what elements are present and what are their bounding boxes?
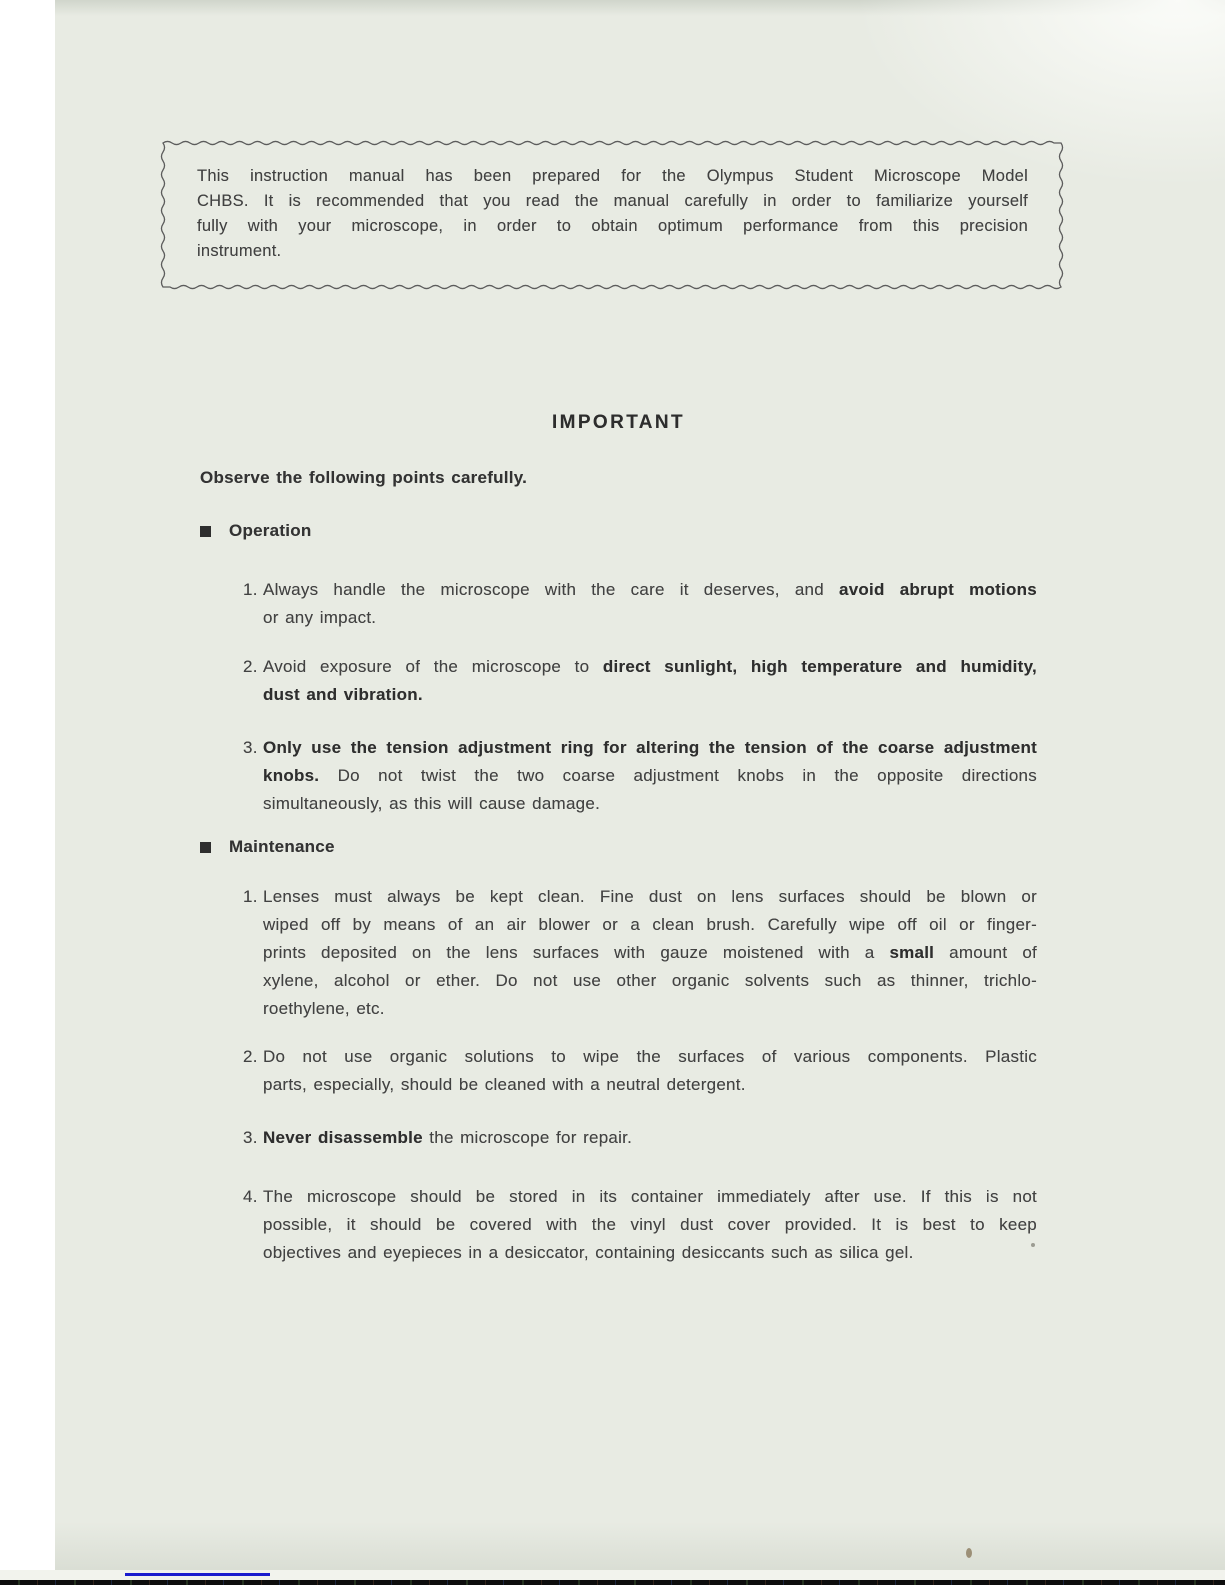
text-segment: CHBS. It is recommended that you read th… — [197, 192, 1028, 210]
text-segment: direct sunlight, high temperature and hu… — [603, 657, 1037, 676]
text-segment: knobs. — [263, 766, 319, 785]
text-line: The microscope should be stored in its c… — [263, 1183, 1037, 1211]
text-line: or any impact. — [263, 604, 1037, 632]
scan-edge-bar — [0, 1580, 1225, 1585]
paper-background: This instruction manual has been prepare… — [55, 0, 1225, 1570]
item-number: 2. — [243, 1043, 263, 1099]
text-line: Lenses must always be kept clean. Fine d… — [263, 883, 1037, 911]
item-number: 3. — [243, 1124, 263, 1152]
text-segment: fully with your microscope, in order to … — [197, 217, 1028, 235]
square-bullet-icon — [200, 842, 211, 853]
text-line: knobs. Do not twist the two coarse adjus… — [263, 762, 1037, 790]
text-segment: dust and vibration. — [263, 685, 423, 704]
text-segment: Lenses must always be kept clean. Fine d… — [263, 887, 1037, 906]
text-line: Never disassemble the microscope for rep… — [263, 1124, 1037, 1152]
text-line: roethylene, etc. — [263, 995, 1037, 1023]
text-segment: or any impact. — [263, 608, 376, 627]
list-item: 3. Never disassemble the microscope for … — [200, 1124, 1037, 1152]
intro-paragraph: This instruction manual has been prepare… — [197, 164, 1028, 264]
item-text: Only use the tension adjustment ring for… — [263, 734, 1037, 818]
item-number: 2. — [243, 653, 263, 709]
section-title: Operation — [229, 517, 312, 545]
item-text: The microscope should be stored in its c… — [263, 1183, 1037, 1267]
list-item: 4. The microscope should be stored in it… — [200, 1183, 1037, 1267]
text-segment: avoid abrupt motions — [839, 580, 1037, 599]
text-segment: Never disassemble — [263, 1128, 423, 1147]
text-line: prints deposited on the lens surfaces wi… — [263, 939, 1037, 967]
text-line: simultaneously, as this will cause damag… — [263, 790, 1037, 818]
text-segment: parts, especially, should be cleaned wit… — [263, 1075, 746, 1094]
text-line: parts, especially, should be cleaned wit… — [263, 1071, 1037, 1099]
text-segment: possible, it should be covered with the … — [263, 1215, 1037, 1234]
text-segment: simultaneously, as this will cause damag… — [263, 794, 600, 813]
text-segment: objectives and eyepieces in a desiccator… — [263, 1243, 914, 1262]
text-segment: the microscope for repair. — [423, 1128, 632, 1147]
text-line: xylene, alcohol or ether. Do not use oth… — [263, 967, 1037, 995]
ink-speck — [1031, 1243, 1035, 1247]
item-number: 1. — [243, 576, 263, 632]
content-column: IMPORTANT Observe the following points c… — [200, 409, 1037, 1267]
ink-speck — [966, 1548, 972, 1558]
list-item: 3. Only use the tension adjustment ring … — [200, 734, 1037, 818]
item-text: Never disassemble the microscope for rep… — [263, 1124, 1037, 1152]
text-line: Avoid exposure of the microscope to dire… — [263, 653, 1037, 681]
text-line: dust and vibration. — [263, 681, 1037, 709]
text-segment: Avoid exposure of the microscope to — [263, 657, 603, 676]
text-segment: wiped off by means of an air blower or a… — [263, 915, 1037, 934]
intro-line: instrument. — [197, 239, 1028, 264]
text-segment: This instruction manual has been prepare… — [197, 167, 1028, 185]
text-line: Do not use organic solutions to wipe the… — [263, 1043, 1037, 1071]
list-item: 1. Lenses must always be kept clean. Fin… — [200, 883, 1037, 1023]
text-line: possible, it should be covered with the … — [263, 1211, 1037, 1239]
intro-box: This instruction manual has been prepare… — [160, 140, 1064, 290]
list-item: 2. Avoid exposure of the microscope to d… — [200, 653, 1037, 709]
list-item: 2. Do not use organic solutions to wipe … — [200, 1043, 1037, 1099]
item-number: 3. — [243, 734, 263, 818]
page: { "document": { "intro": { "lines": [ "T… — [0, 0, 1225, 1585]
list-item: 1. Always handle the microscope with the… — [200, 576, 1037, 632]
section-header-maintenance: Maintenance — [200, 833, 1037, 861]
intro-line: CHBS. It is recommended that you read th… — [197, 189, 1028, 214]
item-text: Always handle the microscope with the ca… — [263, 576, 1037, 632]
text-segment: Only use the tension adjustment ring for… — [263, 738, 1037, 757]
item-number: 1. — [243, 883, 263, 1023]
item-text: Do not use organic solutions to wipe the… — [263, 1043, 1037, 1099]
section-title: Maintenance — [229, 833, 335, 861]
text-segment: Always handle the microscope with the ca… — [263, 580, 839, 599]
subheading: Observe the following points carefully. — [200, 464, 1037, 492]
text-segment: instrument. — [197, 242, 281, 260]
text-line: objectives and eyepieces in a desiccator… — [263, 1239, 1037, 1267]
text-line: Always handle the microscope with the ca… — [263, 576, 1037, 604]
intro-line: fully with your microscope, in order to … — [197, 214, 1028, 239]
item-text: Avoid exposure of the microscope to dire… — [263, 653, 1037, 709]
intro-line: This instruction manual has been prepare… — [197, 164, 1028, 189]
text-segment: Do not use organic solutions to wipe the… — [263, 1047, 1037, 1066]
text-segment: Do not twist the two coarse adjustment k… — [319, 766, 1037, 785]
page-title: IMPORTANT — [200, 409, 1037, 437]
text-segment: small — [889, 943, 934, 962]
text-segment: amount of — [934, 943, 1037, 962]
text-segment: roethylene, etc. — [263, 999, 385, 1018]
item-number: 4. — [243, 1183, 263, 1267]
text-line: Only use the tension adjustment ring for… — [263, 734, 1037, 762]
item-text: Lenses must always be kept clean. Fine d… — [263, 883, 1037, 1023]
section-header-operation: Operation — [200, 517, 1037, 545]
square-bullet-icon — [200, 526, 211, 537]
underline-mark — [125, 1573, 270, 1576]
text-segment: xylene, alcohol or ether. Do not use oth… — [263, 971, 1037, 990]
text-line: wiped off by means of an air blower or a… — [263, 911, 1037, 939]
text-segment: prints deposited on the lens surfaces wi… — [263, 943, 889, 962]
text-segment: The microscope should be stored in its c… — [263, 1187, 1037, 1206]
